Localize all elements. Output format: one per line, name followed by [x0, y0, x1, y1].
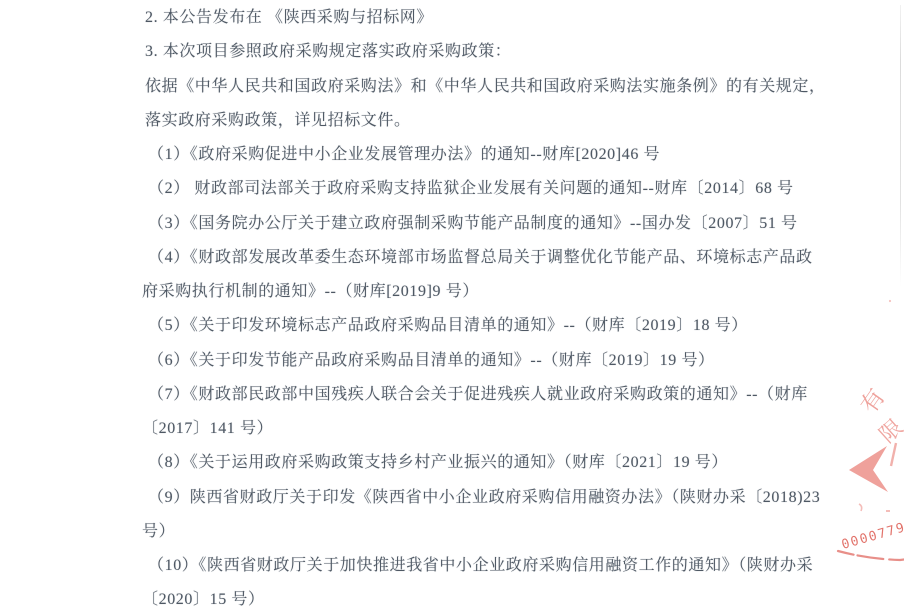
seal-serial-number: 0000779 [840, 520, 904, 553]
text-line: （6）《关于印发节能产品政府采购品目清单的通知》--（财库〔2019〕19 号） [0, 344, 904, 378]
text-line: 号） [0, 515, 904, 549]
text-line: 府采购执行机制的通知》--（财库[2019]9 号） [0, 275, 904, 309]
seal-ink-speck [889, 300, 891, 302]
text-line: 依据《中华人民共和国政府采购法》和《中华人民共和国政府采购法实施条例》的有关规定… [0, 70, 904, 104]
text-line: （1）《政府采购促进中小企业发展管理办法》的通知--财库[2020]46 号 [0, 138, 904, 172]
seal-star-tip [849, 446, 888, 492]
text-line: （7）《财政部民政部中国残疾人联合会关于促进残疾人就业政府采购政策的通知》--（… [0, 378, 904, 412]
text-line: 3. 本次项目参照政府采购规定落实政府采购政策： [0, 35, 904, 69]
text-line: （2） 财政部司法部关于政府采购支持监狱企业发展有关问题的通知--财库〔2014… [0, 172, 904, 206]
seal-character-you: 有 [856, 384, 890, 417]
document-text: 2. 本公告发布在 《陕西采购与招标网》3. 本次项目参照政府采购规定落实政府采… [0, 1, 904, 613]
page-edge-line [900, 5, 901, 287]
text-line: （4）《财政部发展改革委生态环境部市场监督总局关于调整优化节能产品、环境标志产品… [0, 241, 904, 275]
seal-ink-fragment [886, 510, 890, 512]
text-line: （8）《关于运用政府采购政策支持乡村产业振兴的通知》（财库〔2021〕19 号） [0, 446, 904, 480]
text-line: （9）陕西省财政厅关于印发《陕西省中小企业政府采购信用融资办法》（陕财办采〔20… [0, 481, 904, 515]
text-line: 〔2017〕141 号） [0, 412, 904, 446]
seal-character-xian: 限 [874, 414, 904, 447]
document-page: 2. 本公告发布在 《陕西采购与招标网》3. 本次项目参照政府采购规定落实政府采… [0, 0, 904, 613]
text-line: 2. 本公告发布在 《陕西采购与招标网》 [0, 1, 904, 35]
text-line: 〔2020〕15 号） [0, 583, 904, 613]
text-line: （10）《陕西省财政厅关于加快推进我省中小企业政府采购信用融资工作的通知》（陕财… [0, 549, 904, 583]
seal-ink-mark [859, 504, 862, 511]
text-line: 落实政府采购政策，详见招标文件。 [0, 104, 904, 138]
text-line: （3）《国务院办公厅关于建立政府强制采购节能产品制度的通知》--国办发〔2007… [0, 207, 904, 241]
text-line: （5）《关于印发环境标志产品政府采购品目清单的通知》--（财库〔2019〕18 … [0, 309, 904, 343]
official-seal-stamp: 有 限 0000779 [834, 295, 904, 613]
